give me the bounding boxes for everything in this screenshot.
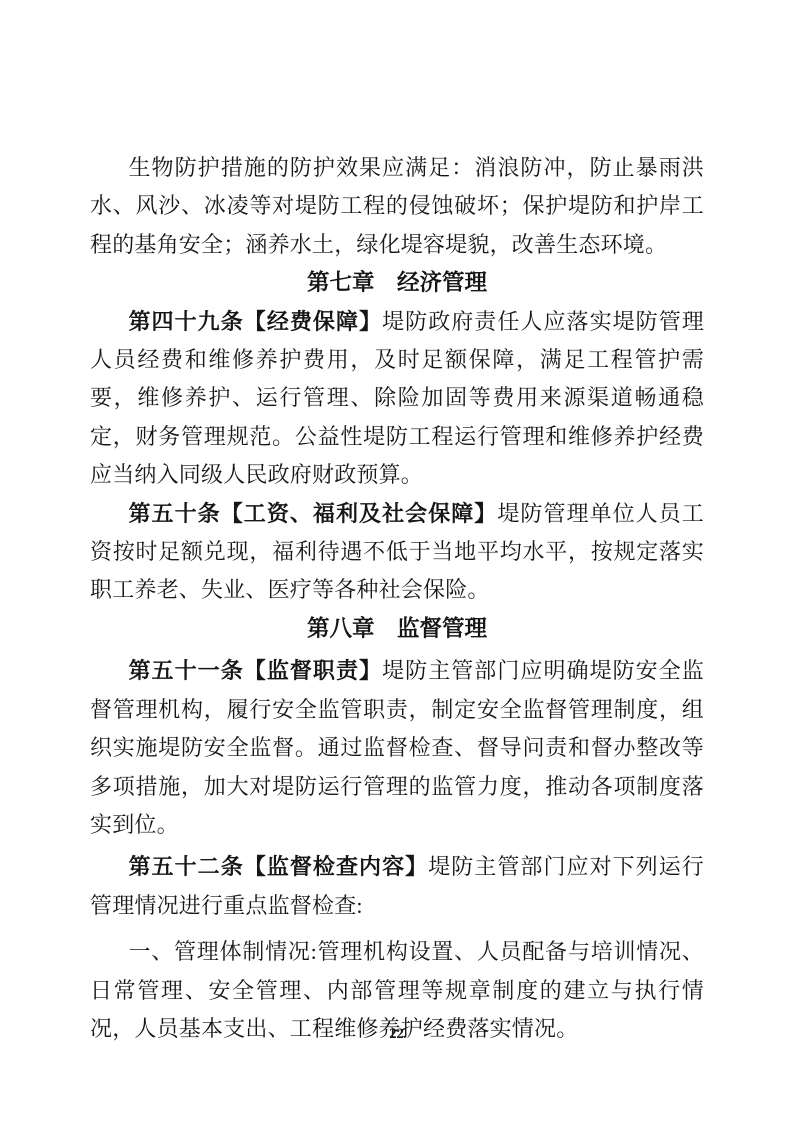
article-51-paragraph: 第五十一条【监督职责】堤防主管部门应明确堤防安全监督管理机构，履行安全监管职责，… (90, 652, 704, 844)
chapter-8-heading: 第八章 监督管理 (90, 610, 704, 648)
page-number: 22 (0, 1026, 793, 1043)
article-49-body: 堤防政府责任人应落实堤防管理人员经费和维修养护费用，及时足额保障，满足工程管护需… (90, 309, 704, 488)
article-51-body: 堤防主管部门应明确堤防安全监督管理机构，履行安全监管职责，制定安全监督管理制度，… (90, 658, 704, 837)
article-50-paragraph: 第五十条【工资、福利及社会保障】堤防管理单位人员工资按时足额兑现，福利待遇不低于… (90, 495, 704, 610)
document-content: 生物防护措施的防护效果应满足：消浪防冲，防止暴雨洪水、风沙、冰凌等对堤防工程的侵… (90, 149, 704, 1048)
article-50-lead: 第五十条【工资、福利及社会保障】 (129, 501, 498, 526)
document-page: 生物防护措施的防护效果应满足：消浪防冲，防止暴雨洪水、风沙、冰凌等对堤防工程的侵… (0, 0, 793, 1122)
article-52-lead: 第五十二条【监督检查内容】 (129, 854, 429, 879)
article-49-paragraph: 第四十九条【经费保障】堤防政府责任人应落实堤防管理人员经费和维修养护费用，及时足… (90, 303, 704, 495)
article-52-paragraph: 第五十二条【监督检查内容】堤防主管部门应对下列运行管理情况进行重点监督检查: (90, 848, 704, 925)
article-49-lead: 第四十九条【经费保障】 (129, 309, 383, 334)
article-51-lead: 第五十一条【监督职责】 (129, 658, 383, 683)
chapter-7-heading: 第七章 经济管理 (90, 264, 704, 302)
intro-paragraph: 生物防护措施的防护效果应满足：消浪防冲，防止暴雨洪水、风沙、冰凌等对堤防工程的侵… (90, 149, 704, 264)
